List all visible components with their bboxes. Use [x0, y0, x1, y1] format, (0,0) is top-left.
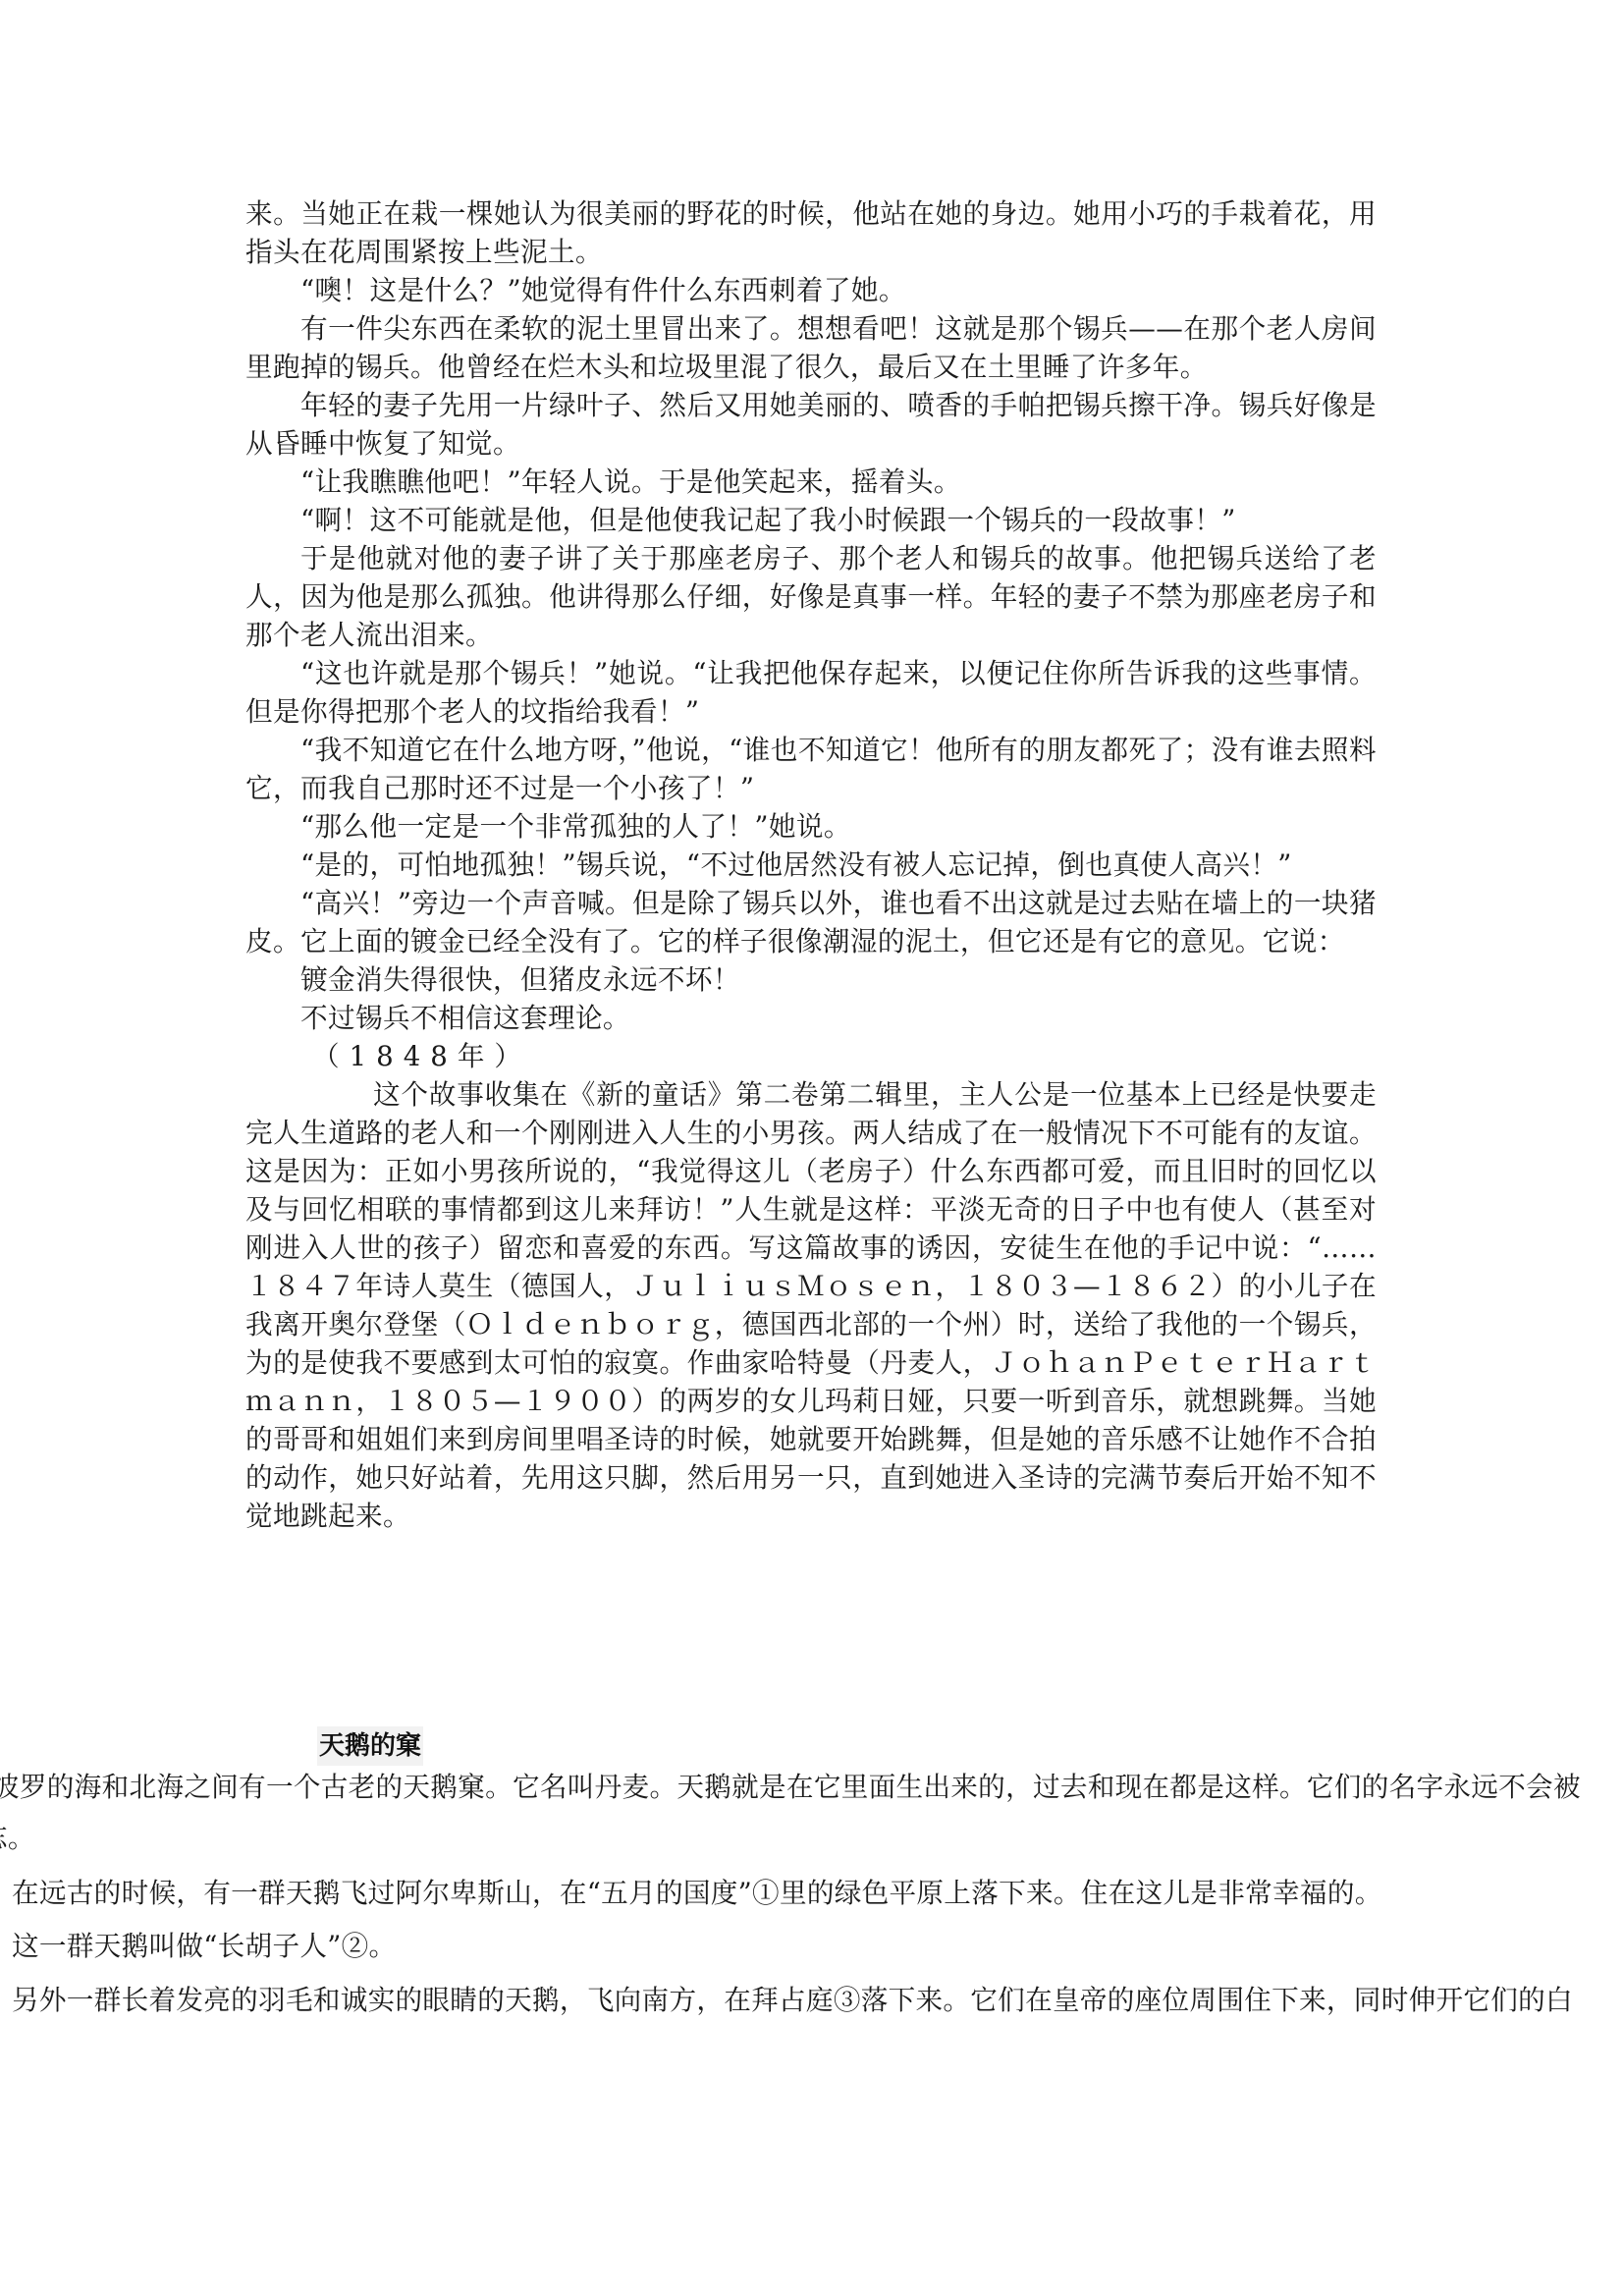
paragraph: “那么他一定是一个非常孤独的人了！”她说。 — [245, 807, 1377, 846]
paragraph: “高兴！”旁边一个声音喊。但是除了锡兵以外，谁也看不出这就是过去贴在墙上的一块猪… — [245, 884, 1377, 960]
paragraph: “啊！这不可能就是他，但是他使我记起了我小时候跟一个锡兵的一段故事！” — [245, 501, 1377, 539]
paragraph: “这也许就是那个锡兵！”她说。“让我把他保存起来，以便记住你所告诉我的这些事情。… — [245, 654, 1377, 731]
wide-text-line: 波罗的海和北海之间有一个古老的天鹅窠。它名叫丹麦。天鹅就是在它里面生出来的，过去… — [0, 1768, 1581, 1807]
paragraph: “让我瞧瞧他吧！”年轻人说。于是他笑起来，摇着头。 — [245, 463, 1377, 501]
paragraph: 有一件尖东西在柔软的泥土里冒出来了。想想看吧！这就是那个锡兵——在那个老人房间里… — [245, 309, 1377, 386]
story-text-column: 来。当她正在栽一棵她认为很美丽的野花的时候，他站在她的身边。她用小巧的手栽着花，… — [245, 194, 1377, 1535]
section-title: 天鹅的窠 — [317, 1726, 423, 1766]
date-note: （1848年） — [245, 1037, 1377, 1075]
paragraph: 来。当她正在栽一棵她认为很美丽的野花的时候，他站在她的身边。她用小巧的手栽着花，… — [245, 194, 1377, 271]
paragraph: “噢！这是什么？”她觉得有件什么东西刺着了她。 — [245, 271, 1377, 309]
paragraph: 于是他就对他的妻子讲了关于那座老房子、那个老人和锡兵的故事。他把锡兵送给了老人，… — [245, 539, 1377, 654]
paragraph: 不过锡兵不相信这套理论。 — [245, 999, 1377, 1037]
paragraph: “是的，可怕地孤独！”锡兵说，“不过他居然没有被人忘记掉，倒也真使人高兴！” — [245, 846, 1377, 884]
wide-text-line: 忘。 — [0, 1819, 35, 1858]
paragraph: “我不知道它在什么地方呀，”他说，“谁也不知道它！他所有的朋友都死了；没有谁去照… — [245, 731, 1377, 807]
commentary-paragraph: 这个故事收集在《新的童话》第二卷第二辑里，主人公是一位基本上已经是快要走完人生道… — [245, 1075, 1377, 1535]
verse-line: 镀金消失得很快，但猪皮永远不坏！ — [245, 960, 1377, 999]
wide-text-line: 在远古的时候，有一群天鹅飞过阿尔卑斯山，在“五月的国度”①里的绿色平原上落下来。… — [12, 1874, 1382, 1913]
document-page: 来。当她正在栽一棵她认为很美丽的野花的时候，他站在她的身边。她用小巧的手栽着花，… — [0, 0, 1623, 2296]
paragraph: 年轻的妻子先用一片绿叶子、然后又用她美丽的、喷香的手帕把锡兵擦干净。锡兵好像是从… — [245, 386, 1377, 463]
wide-text-line: 这一群天鹅叫做“长胡子人”②。 — [12, 1927, 396, 1966]
wide-text-line: 另外一群长着发亮的羽毛和诚实的眼睛的天鹅，飞向南方，在拜占庭③落下来。它们在皇帝… — [12, 1981, 1573, 2020]
